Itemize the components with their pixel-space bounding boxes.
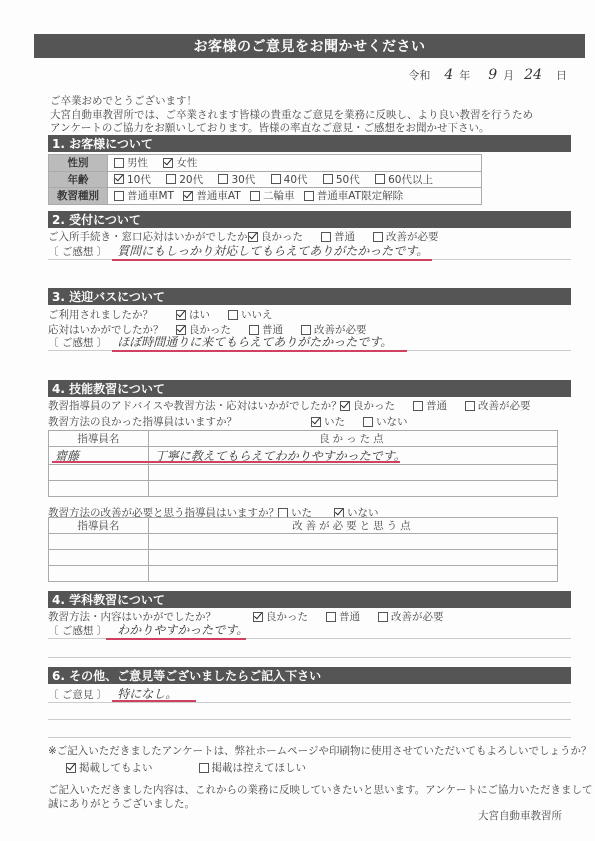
section-shuttle-bus-heading: 3. 送迎バスについて xyxy=(48,288,571,305)
checkbox-icon xyxy=(304,191,314,201)
checkbox-at-limit-removal[interactable]: 普通車AT限定解除 xyxy=(304,188,403,203)
col-header-instructor: 指導員名 xyxy=(49,431,149,447)
customer-info-table: 性別 男性 女性 年齢 10代 20代 30代 40代 50代 60代以上 教習… xyxy=(48,154,482,205)
checkbox-bus-yes[interactable]: はい xyxy=(176,307,210,322)
section-driving-lessons-heading: 4. 技能教習について xyxy=(48,380,571,397)
section-other-heading: 6. その他、ご意見等ございましたらご記入下さい xyxy=(48,667,571,684)
publish-question: ※ご記入いただきましたアンケートは、弊社ホームページや印刷物に使用させていただい… xyxy=(48,745,591,759)
checkbox-icon xyxy=(278,508,288,518)
comment-label: 〔 ご感想 〕 xyxy=(48,244,107,259)
good-instructor-question-row: 教習方法の良かった指導員はいますか？ いた いない xyxy=(48,414,420,429)
other-comment-line[interactable] xyxy=(48,737,571,738)
good-instructor-table: 指導員名 良かった点 齋藤 丁寧に教えてもらえてわかりやすかったです。 xyxy=(48,430,558,497)
checkbox-motorcycle[interactable]: 二輪車 xyxy=(250,188,295,203)
checkbox-checked-icon xyxy=(66,763,76,773)
table-row-age: 年齢 10代 20代 30代 40代 50代 60代以上 xyxy=(49,171,482,188)
section-customer-heading: 1. お客様について xyxy=(48,135,571,152)
checkbox-icon xyxy=(373,232,383,242)
label-age: 年齢 xyxy=(49,171,108,188)
checkbox-icon xyxy=(114,191,124,201)
table-row xyxy=(49,481,558,497)
intro-text: ご卒業おめでとうございます！ 大宮自動車教習所では、ご卒業されます皆様の貴重なご… xyxy=(50,95,533,136)
classroom-comment-line[interactable] xyxy=(48,657,571,658)
other-comment-line[interactable] xyxy=(48,719,571,720)
date-era: 令和 xyxy=(408,67,430,83)
checkbox-age-20s[interactable]: 20代 xyxy=(166,172,203,187)
checkbox-icon xyxy=(413,401,423,411)
checkbox-checked-icon xyxy=(114,174,124,184)
intro-line: 大宮自動車教習所では、ご卒業されます皆様の貴重なご意見を業務に反映し、より良い教… xyxy=(50,109,533,123)
checkbox-checked-icon xyxy=(334,508,344,518)
classroom-comment-field[interactable]: 〔 ご感想 〕 わかりやすかったです。 xyxy=(48,622,571,639)
checkbox-icon xyxy=(271,174,281,184)
instructor-question-row: 教習指導員のアドバイスや教習方法・応対はいかがでしたか？ 良かった 普通 改善が… xyxy=(48,398,543,413)
checkbox-icon xyxy=(326,612,336,622)
checkbox-instructor-good[interactable]: 良かった xyxy=(340,398,395,413)
red-underline xyxy=(112,700,196,702)
checkbox-checked-icon xyxy=(340,401,350,411)
instructor-name-cell[interactable] xyxy=(49,465,149,481)
improvement-instructor-table: 指導員名 改善が必要と思う点 xyxy=(48,517,558,582)
col-header-improvement-points: 改善が必要と思う点 xyxy=(148,518,557,534)
good-points-cell[interactable] xyxy=(148,481,557,497)
checkbox-instructor-normal[interactable]: 普通 xyxy=(413,398,447,413)
checkbox-icon xyxy=(228,310,238,320)
checkbox-checked-icon xyxy=(311,417,321,427)
school-signature: 大宮自動車教習所 xyxy=(478,810,562,824)
improvement-points-cell[interactable] xyxy=(148,566,557,582)
publish-options-row: 掲載してもよい 掲載は控えてほしい xyxy=(66,760,318,775)
checkbox-at[interactable]: 普通車AT xyxy=(183,188,240,203)
bus-used-question: ご利用されましたか？ xyxy=(48,307,176,322)
red-underline xyxy=(106,638,246,640)
col-header-good-points: 良かった点 xyxy=(148,431,557,447)
checkbox-checked-icon xyxy=(176,310,186,320)
checkbox-icon xyxy=(378,612,388,622)
comment-label: 〔 ご感想 〕 xyxy=(48,335,107,350)
date-month[interactable]: 9 xyxy=(488,67,497,83)
checkbox-good-instructor-no[interactable]: いない xyxy=(363,414,408,429)
red-underline xyxy=(112,259,432,261)
checkbox-icon xyxy=(166,174,176,184)
improvement-points-cell[interactable] xyxy=(148,550,557,566)
checkbox-publish-ok[interactable]: 掲載してもよい xyxy=(66,760,153,775)
checkbox-icon xyxy=(363,417,373,427)
checkbox-icon xyxy=(114,158,124,168)
red-underline xyxy=(52,461,400,463)
checkbox-checked-icon xyxy=(253,612,263,622)
classroom-comment-text: わかりやすかったです。 xyxy=(117,621,248,638)
table-header-row: 指導員名 良かった点 xyxy=(49,431,558,447)
checkbox-checked-icon xyxy=(248,232,258,242)
checkbox-age-30s[interactable]: 30代 xyxy=(218,172,255,187)
date-year[interactable]: 4 xyxy=(444,67,453,83)
checkbox-age-50s[interactable]: 50代 xyxy=(323,172,360,187)
intro-line: アンケートのご協力をお願いしております。皆様の率直なご意見・ご感想をお聞かせ下さ… xyxy=(50,122,533,136)
instructor-name-cell[interactable] xyxy=(49,566,149,582)
bus-used-question-row: ご利用されましたか？ はい いいえ xyxy=(48,307,285,322)
checkbox-bus-no[interactable]: いいえ xyxy=(228,307,273,322)
date-day-unit: 日 xyxy=(556,67,567,83)
col-header-instructor: 指導員名 xyxy=(49,518,149,534)
checkbox-icon xyxy=(375,174,385,184)
improvement-points-cell[interactable] xyxy=(148,534,557,550)
form-date: 令和 4 年 9 月 24 日 xyxy=(408,67,567,83)
table-row-course: 教習種別 普通車MT 普通車AT 二輪車 普通車AT限定解除 xyxy=(49,188,482,205)
thanks-line: ご記入いただきました内容は、これからの業務に反映していきたいと思います。アンケー… xyxy=(48,784,593,798)
form-title: お客様のご意見をお聞かせください xyxy=(34,34,585,58)
checkbox-instructor-needs-improvement[interactable]: 改善が必要 xyxy=(465,398,531,413)
good-instructor-question: 教習方法の良かった指導員はいますか？ xyxy=(48,414,311,429)
checkbox-age-10s[interactable]: 10代 xyxy=(114,172,151,187)
thanks-line: 誠にありがとうございました。 xyxy=(48,798,593,812)
comment-label: 〔 ご意見 〕 xyxy=(48,687,107,702)
good-points-cell[interactable] xyxy=(148,465,557,481)
table-row-gender: 性別 男性 女性 xyxy=(49,155,482,172)
table-row xyxy=(49,534,558,550)
section-reception-heading: 2. 受付について xyxy=(48,211,571,228)
checkbox-icon xyxy=(199,763,209,773)
reception-comment-field[interactable]: 〔 ご感想 〕 質問にもしっかり対応してもらえてありがたかったです。 xyxy=(48,243,571,260)
checkbox-checked-icon xyxy=(183,191,193,201)
checkbox-icon xyxy=(218,174,228,184)
checkbox-icon xyxy=(465,401,475,411)
date-day[interactable]: 24 xyxy=(524,67,542,83)
red-underline xyxy=(112,350,407,352)
bus-comment-field[interactable]: 〔 ご感想 〕 ほぼ時間通りに来てもらえてありがたかったです。 xyxy=(48,334,571,351)
checkbox-good-instructor-yes[interactable]: いた xyxy=(311,414,345,429)
thanks-text: ご記入いただきました内容は、これからの業務に反映していきたいと思います。アンケー… xyxy=(48,784,593,811)
checkbox-icon xyxy=(323,174,333,184)
checkbox-icon xyxy=(250,191,260,201)
checkbox-checked-icon xyxy=(163,158,173,168)
table-row xyxy=(49,550,558,566)
section-classroom-lessons-heading: 4. 学科教習について xyxy=(48,591,571,608)
label-course-type: 教習種別 xyxy=(49,188,108,205)
table-row xyxy=(49,566,558,582)
checkbox-mt[interactable]: 普通車MT xyxy=(114,188,174,203)
intro-line: ご卒業おめでとうございます！ xyxy=(50,95,533,109)
table-header-row: 指導員名 改善が必要と思う点 xyxy=(49,518,558,534)
label-gender: 性別 xyxy=(49,155,108,172)
table-row xyxy=(49,465,558,481)
instructor-name-cell[interactable] xyxy=(49,534,149,550)
reception-comment-text: 質問にもしっかり対応してもらえてありがたかったです。 xyxy=(117,242,428,259)
checkbox-publish-decline[interactable]: 掲載は控えてほしい xyxy=(199,760,307,775)
checkbox-female[interactable]: 女性 xyxy=(163,155,197,170)
checkbox-icon xyxy=(321,232,331,242)
instructor-question: 教習指導員のアドバイスや教習方法・応対はいかがでしたか？ xyxy=(48,398,340,413)
instructor-name-cell[interactable] xyxy=(49,550,149,566)
instructor-name-cell[interactable] xyxy=(49,481,149,497)
checkbox-age-40s[interactable]: 40代 xyxy=(271,172,308,187)
comment-label: 〔 ご感想 〕 xyxy=(48,623,107,638)
date-year-unit: 年 xyxy=(459,67,470,83)
checkbox-male[interactable]: 男性 xyxy=(114,155,148,170)
bus-comment-text: ほぼ時間通りに来てもらえてありがたかったです。 xyxy=(117,333,392,350)
date-month-unit: 月 xyxy=(503,67,514,83)
checkbox-age-60s-plus[interactable]: 60代以上 xyxy=(375,172,433,187)
